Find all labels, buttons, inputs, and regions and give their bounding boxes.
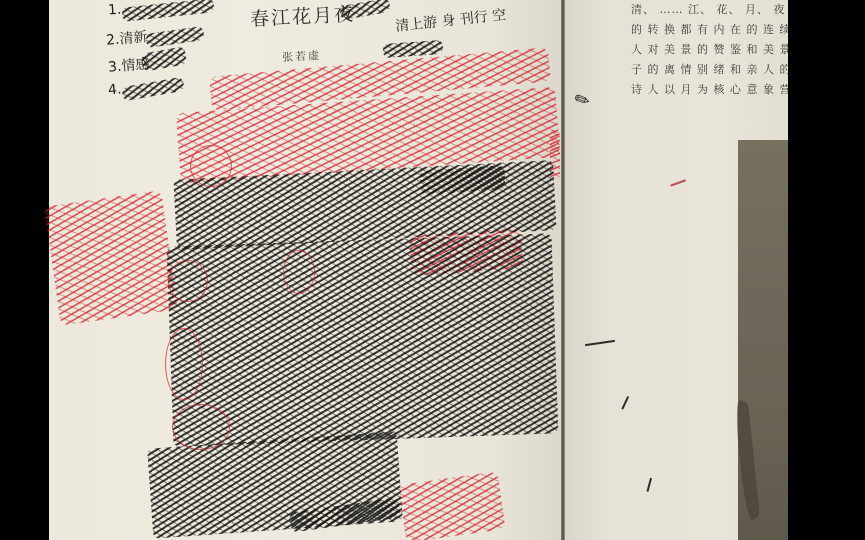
- right-page-printed-text: 清、 …… 江、 花、 月、 夜 的 转 换 都 有 内 在 的 连 续 性 人…: [631, 0, 791, 100]
- printed-line: 子 的 离 情 别 绪 和 亲 人 的 相 思: [631, 60, 791, 80]
- red-circle: [168, 260, 208, 302]
- illustration-plate: [738, 140, 788, 540]
- printed-line: 清、 …… 江、 花、 月、 夜: [631, 0, 791, 20]
- textbook-photo: 清、 …… 江、 花、 月、 夜 的 转 换 都 有 内 在 的 连 续 性 人…: [0, 0, 865, 540]
- printed-line: 人 对 美 景 的 赞 鉴 和 美 景 对 人: [631, 40, 791, 60]
- margin-note: 4.: [107, 81, 122, 98]
- printed-line: 诗 人 以 月 为 核 心 意 象 营 造 出: [631, 80, 791, 100]
- red-circle: [172, 404, 230, 450]
- margin-note: 2.清新: [105, 26, 148, 50]
- letterbox-left: [0, 0, 49, 540]
- margin-note: 1.: [107, 2, 121, 19]
- handwriting-red-margin: [44, 190, 178, 325]
- letterbox-right: [788, 0, 865, 540]
- red-circle: [190, 145, 232, 187]
- red-circle: [283, 250, 315, 294]
- poem-author: 张若虚: [282, 47, 322, 65]
- printed-line: 的 转 换 都 有 内 在 的 连 续 性: [631, 20, 791, 40]
- poem-title: 春江花月夜: [249, 0, 355, 32]
- handwriting-black: [147, 431, 403, 538]
- red-circle: [165, 328, 203, 400]
